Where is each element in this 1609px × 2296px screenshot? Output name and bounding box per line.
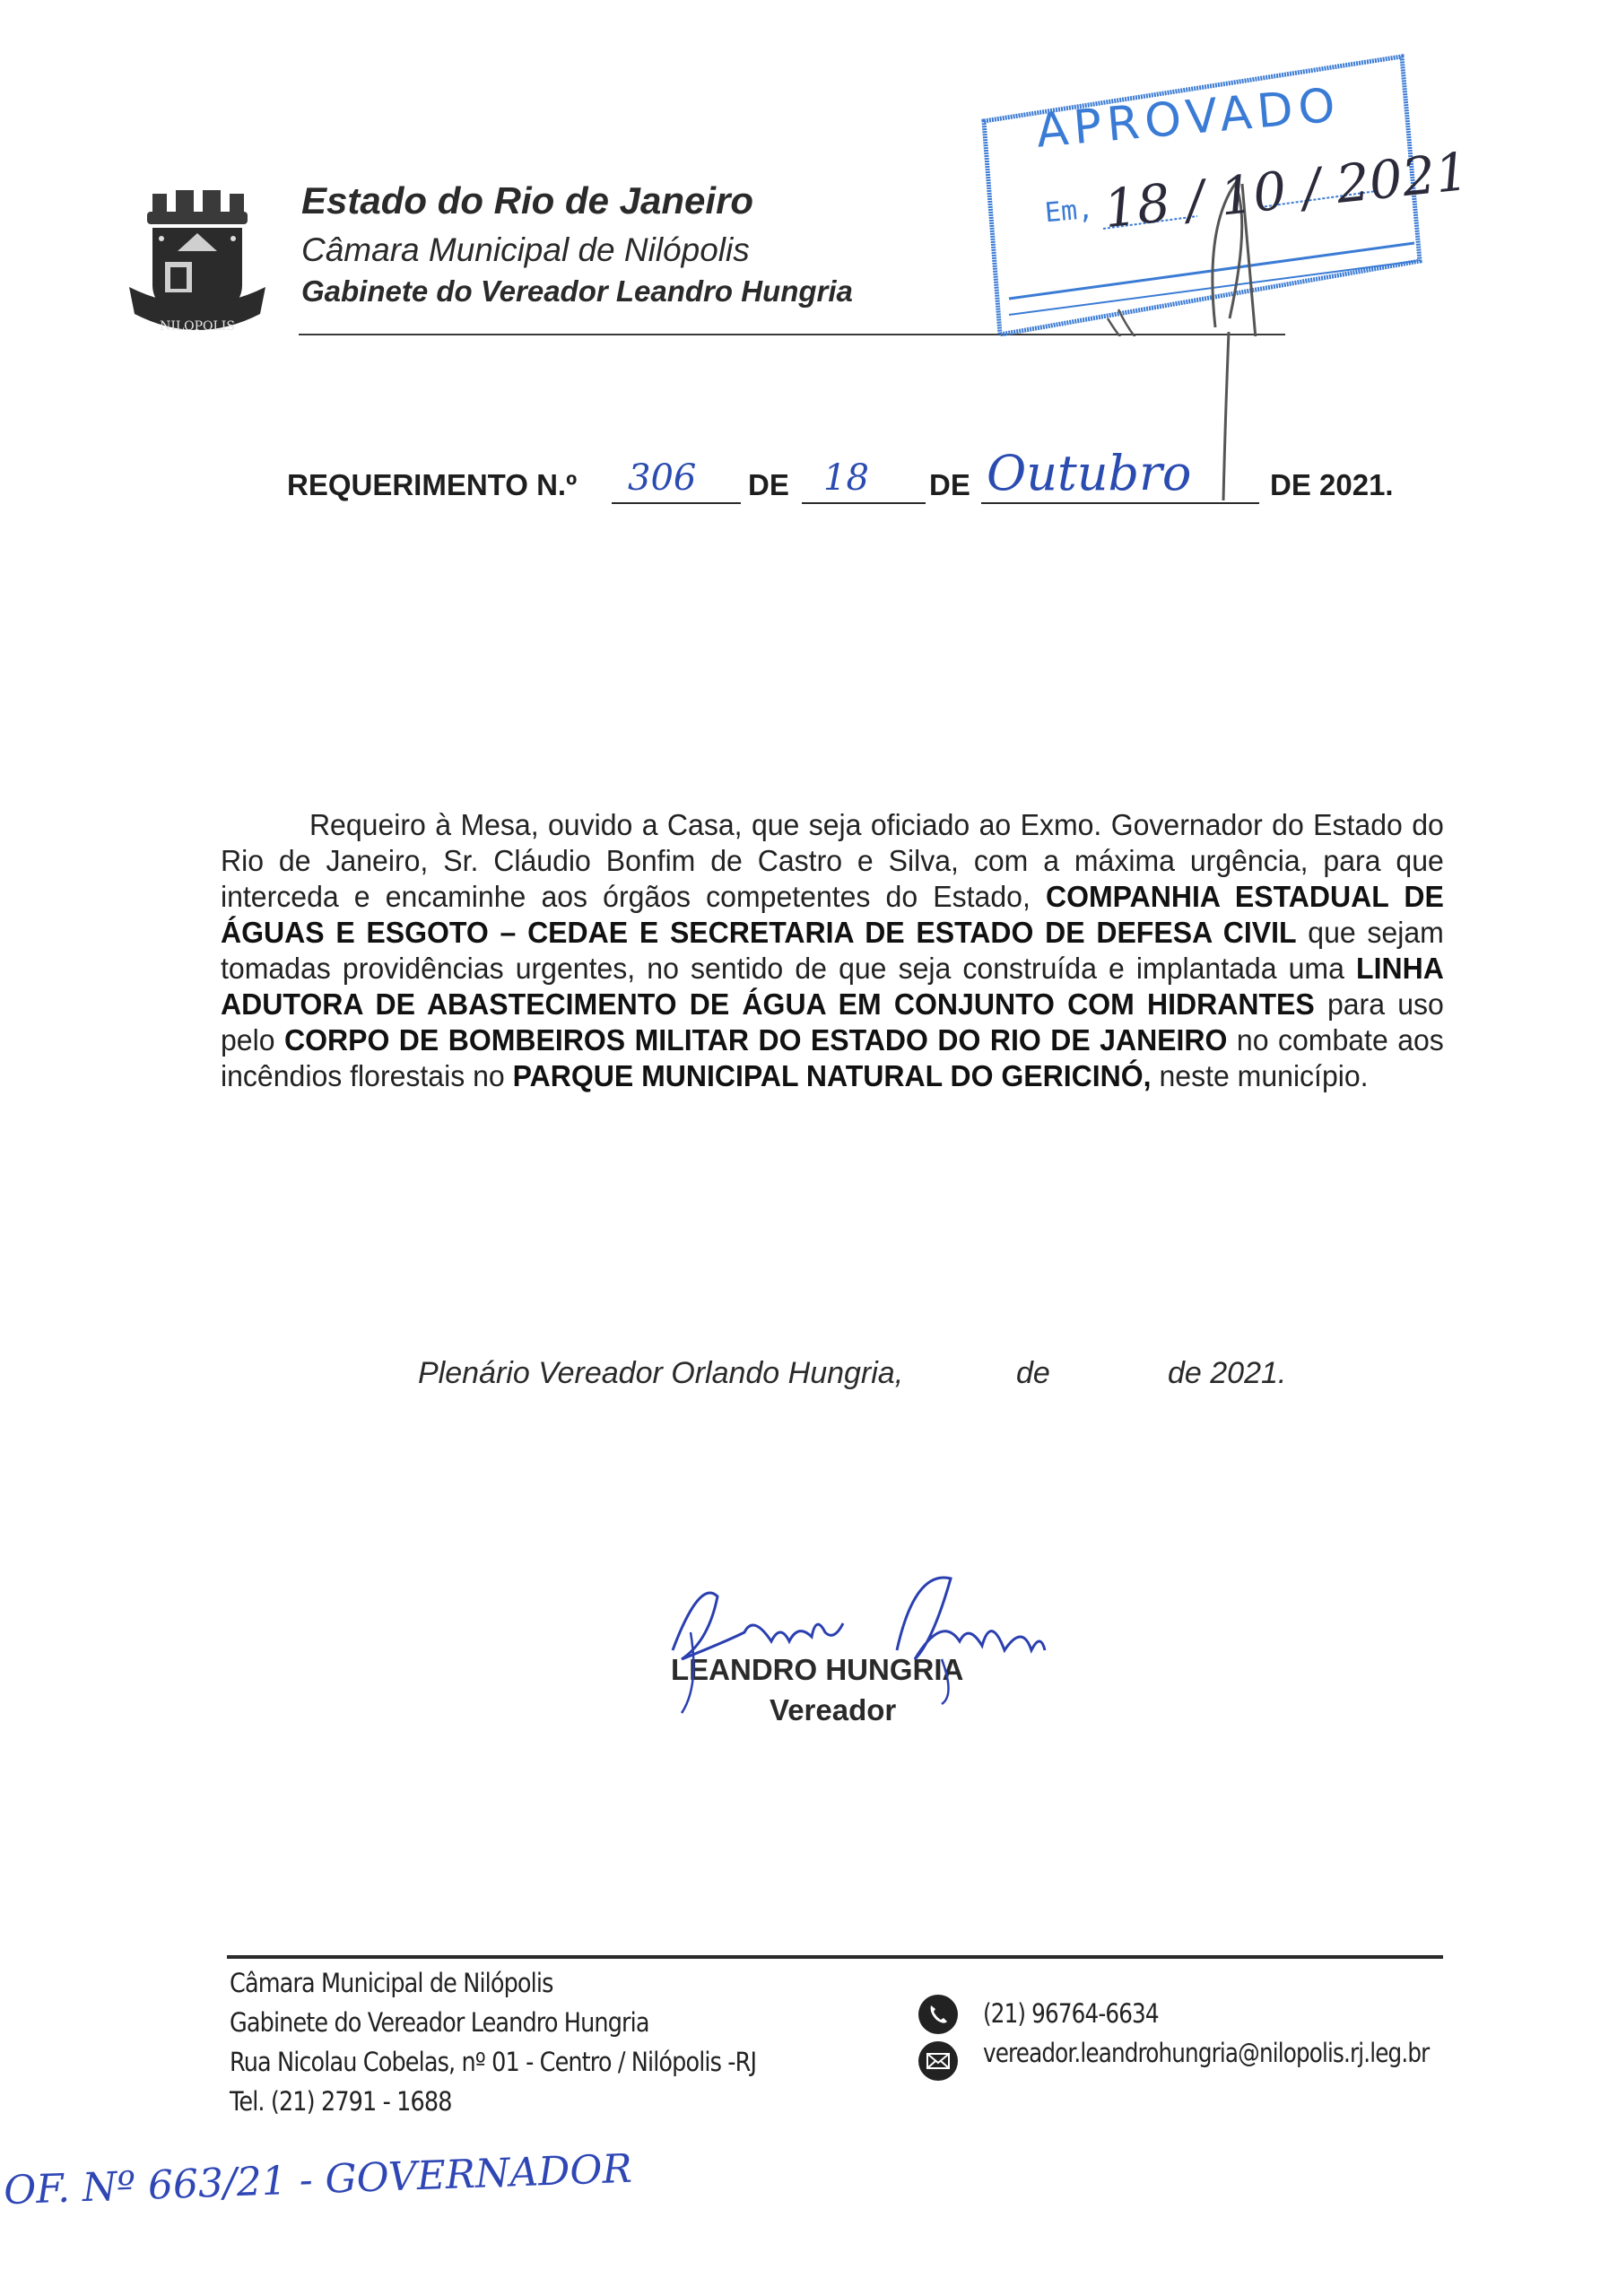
footer-chamber: Câmara Municipal de Nilópolis xyxy=(230,1968,552,1998)
letterhead-office: Gabinete do Vereador Leandro Hungria xyxy=(301,274,853,309)
requerimento-label: REQUERIMENTO N.º xyxy=(287,468,577,502)
letterhead-state: Estado do Rio de Janeiro xyxy=(301,179,753,222)
closing-de-1: de xyxy=(1016,1356,1050,1391)
municipal-coat-of-arms-logo: NILOPOLIS xyxy=(126,187,269,348)
de-label-1: DE xyxy=(748,468,789,502)
body-text-run: neste município. xyxy=(1152,1059,1369,1092)
letterhead-chamber: Câmara Municipal de Nilópolis xyxy=(301,231,750,269)
month-blank xyxy=(981,502,1259,504)
footer-phone: Tel. (21) 2791 - 1688 xyxy=(230,2086,452,2117)
footer-office: Gabinete do Vereador Leandro Hungria xyxy=(230,2007,649,2038)
requerimento-day: 18 xyxy=(823,457,869,499)
stamp-date-prefix: Em, xyxy=(1044,194,1095,230)
svg-text:NILOPOLIS: NILOPOLIS xyxy=(160,319,235,334)
requerimento-month: Outubro xyxy=(987,445,1191,501)
body-emphasis: PARQUE MUNICIPAL NATURAL DO GERICINÓ, xyxy=(513,1059,1152,1092)
body-emphasis: CORPO DE BOMBEIROS MILITAR DO ESTADO DO … xyxy=(284,1023,1227,1057)
coat-of-arms-icon: NILOPOLIS xyxy=(126,187,269,348)
whatsapp-number: (21) 96764-6634 xyxy=(983,1998,1159,2029)
request-body: Requeiro à Mesa, ouvido a Casa, que seja… xyxy=(221,807,1444,1094)
whatsapp-icon xyxy=(918,1995,958,2034)
envelope-icon xyxy=(918,2041,958,2081)
closing-year: de 2021. xyxy=(1168,1356,1286,1391)
closing-place: Plenário Vereador Orlando Hungria, xyxy=(418,1356,903,1391)
footer-address: Rua Nicolau Cobelas, nº 01 - Centro / Ni… xyxy=(230,2047,756,2077)
number-blank xyxy=(612,502,741,504)
de-label-2: DE xyxy=(929,468,970,502)
footer-divider xyxy=(227,1955,1443,1959)
handwritten-signature xyxy=(646,1561,1058,1722)
rubric-stroke xyxy=(1220,332,1238,502)
day-blank xyxy=(802,502,926,504)
year-label: DE 2021. xyxy=(1270,468,1394,502)
requerimento-number: 306 xyxy=(628,457,696,499)
footer-email[interactable]: vereador.leandrohungria@nilopolis.rj.leg… xyxy=(983,2038,1429,2068)
handwritten-office-note: OF. Nº 663/21 - GOVERNADOR xyxy=(3,2146,632,2213)
